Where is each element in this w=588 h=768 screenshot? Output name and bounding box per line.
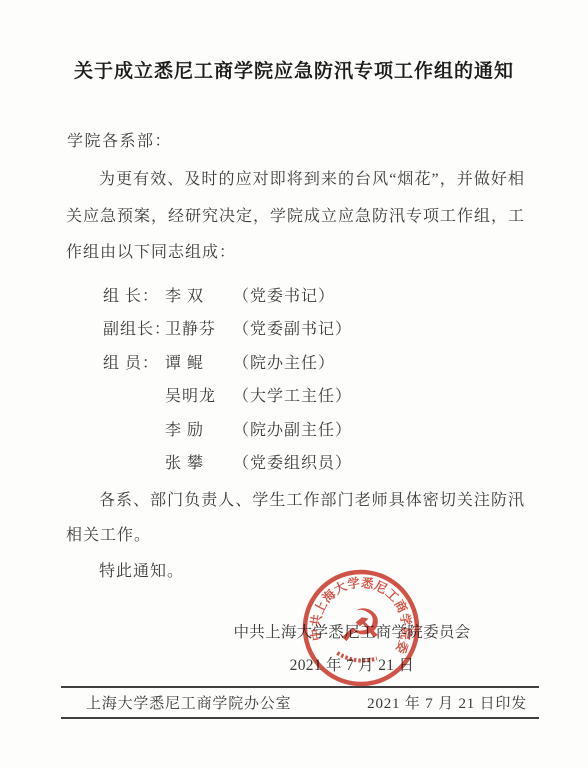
member-title: （院办副主任）: [233, 417, 352, 440]
member-role: 组 长：: [103, 283, 165, 306]
roster-row: 张 攀 （党委组织员）: [103, 445, 588, 479]
member-name: 谭 鲲: [165, 350, 233, 373]
salutation: 学院各系部：: [67, 132, 588, 152]
closing-notice: 特此通知。: [66, 555, 525, 589]
instruction-paragraph: 各系、部门负责人、学生工作部门老师具体密切关注防汛相关工作。: [66, 483, 525, 553]
member-title: （党委书记）: [233, 283, 335, 306]
roster-row: 副组长： 卫静芬 （党委副书记）: [103, 311, 588, 345]
signature-block: 中共上海大学悉尼工商学院委员会 2021 年 7 月 21 日: [230, 620, 474, 675]
intro-paragraph: 为更有效、及时的应对即将到来的台风“烟花”，并做好相关应急预案，经研究决定，学院…: [66, 162, 525, 272]
member-name: 李 双: [165, 283, 233, 306]
document-title: 关于成立悉尼工商学院应急防汛专项工作组的通知: [0, 0, 588, 86]
member-title: （党委副书记）: [233, 316, 352, 339]
roster: 组 长： 李 双 （党委书记） 副组长： 卫静芬 （党委副书记） 组 员： 谭 …: [103, 278, 588, 479]
member-name: 吴明龙: [165, 383, 233, 406]
footer-issuer: 上海大学悉尼工商学院办公室: [86, 692, 291, 713]
footer-print-date: 2021 年 7 月 21 日印发: [367, 692, 527, 713]
member-title: （党委组织员）: [233, 450, 352, 473]
member-name: 卫静芬: [165, 316, 233, 339]
roster-row: 组 员： 谭 鲲 （院办主任）: [103, 345, 588, 379]
document-page: 关于成立悉尼工商学院应急防汛专项工作组的通知 学院各系部： 为更有效、及时的应对…: [0, 0, 588, 768]
member-role: 副组长：: [103, 316, 165, 339]
member-role: 组 员：: [103, 350, 165, 373]
issue-date: 2021 年 7 月 21 日: [230, 653, 474, 675]
member-title: （大学工主任）: [233, 383, 352, 406]
member-title: （院办主任）: [233, 350, 335, 373]
roster-row: 李 励 （院办副主任）: [103, 412, 588, 446]
issuing-authority: 中共上海大学悉尼工商学院委员会: [230, 620, 474, 642]
footer: 上海大学悉尼工商学院办公室 2021 年 7 月 21 日印发: [61, 686, 539, 719]
roster-row: 吴明龙 （大学工主任）: [103, 378, 588, 412]
member-name: 张 攀: [165, 450, 233, 473]
member-name: 李 励: [165, 417, 233, 440]
roster-row: 组 长： 李 双 （党委书记）: [103, 278, 588, 312]
